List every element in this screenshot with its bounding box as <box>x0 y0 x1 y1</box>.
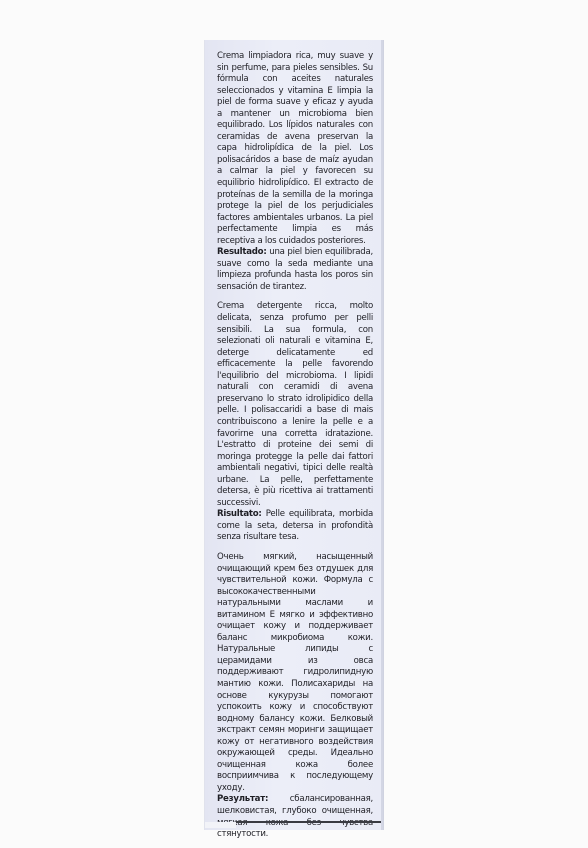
section-gap <box>217 293 373 301</box>
description-italian: Crema detergente ricca, molto delicata, … <box>217 301 373 543</box>
italian-body: Crema detergente ricca, molto delicata, … <box>217 301 373 507</box>
spanish-body: Crema limpiadora rica, muy suave y sin p… <box>217 51 373 246</box>
russian-result-label: Результат: <box>217 794 268 804</box>
section-gap <box>217 544 373 552</box>
box-right-edge <box>381 40 383 830</box>
russian-body: Очень мягкий, насыщенный очищающий крем … <box>217 552 373 793</box>
product-box-side-panel: Crema limpiadora rica, muy suave y sin p… <box>205 40 383 830</box>
italian-result-label: Risultato: <box>217 509 262 519</box>
box-bottom-edge-shadow <box>236 821 381 823</box>
description-russian: Очень мягкий, насыщенный очищающий крем … <box>217 552 373 841</box>
spanish-result-label: Resultado: <box>217 247 267 257</box>
description-spanish: Crema limpiadora rica, muy suave y sin p… <box>217 51 373 293</box>
box-bottom-flap <box>205 822 236 828</box>
product-description: Crema limpiadora rica, muy suave y sin p… <box>217 51 373 841</box>
